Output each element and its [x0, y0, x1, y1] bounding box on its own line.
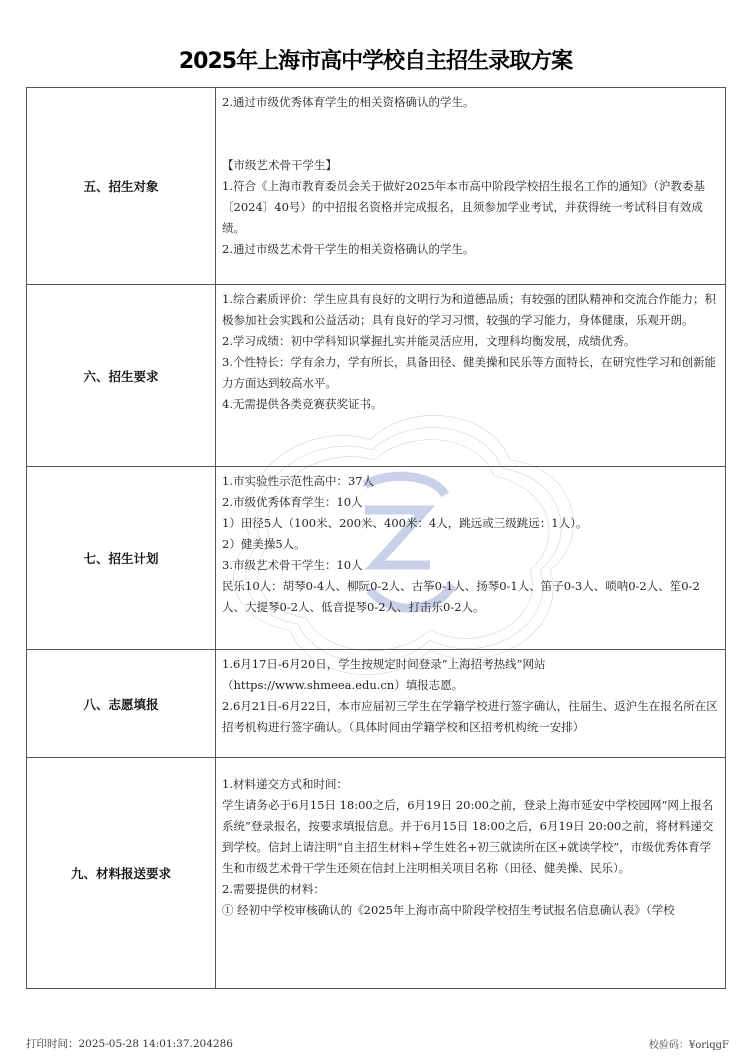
- content-line: 2.通过市级艺术骨干学生的相关资格确认的学生。: [222, 239, 719, 260]
- content-line: 1.6月17日-6月20日，学生按规定时间登录“上海招考热线”网站（https:…: [222, 654, 719, 696]
- section-content-materials: 1.材料递交方式和时间： 学生请务必于6月15日 18:00之后，6月19日 2…: [216, 758, 726, 989]
- table-row: 九、材料报送要求 1.材料递交方式和时间： 学生请务必于6月15日 18:00之…: [27, 758, 726, 989]
- content-line: 2.6月21日-6月22日，本市应届初三学生在学籍学校进行签字确认，往届生、返沪…: [222, 696, 719, 738]
- section-label-plan: 七、招生计划: [27, 467, 216, 650]
- print-time: 打印时间：2025-05-28 14:01:37.204286: [26, 1036, 233, 1051]
- content-line: 2.学习成绩：初中学科知识掌握扎实并能灵活应用，文理科均衡发展，成绩优秀。: [222, 331, 719, 352]
- section-label-targets: 五、招生对象: [27, 88, 216, 285]
- content-line: 2.需要提供的材料：: [222, 879, 719, 900]
- section-label-requirements: 六、招生要求: [27, 285, 216, 467]
- table-row: 八、志愿填报 1.6月17日-6月20日，学生按规定时间登录“上海招考热线”网站…: [27, 650, 726, 758]
- table-row: 六、招生要求 1.综合素质评价：学生应具有良好的文明行为和道德品质；有较强的团队…: [27, 285, 726, 467]
- content-line: 3.个性特长：学有余力，学有所长，具备田径、健美操和民乐等方面特长，在研究性学习…: [222, 352, 719, 394]
- content-line: 1）田径5人（100米、200米、400米：4人，跳远或三级跳远：1人）。: [222, 513, 719, 534]
- section-content-requirements: 1.综合素质评价：学生应具有良好的文明行为和道德品质；有较强的团队精神和交流合作…: [216, 285, 726, 467]
- section-content-application: 1.6月17日-6月20日，学生按规定时间登录“上海招考热线”网站（https:…: [216, 650, 726, 758]
- content-line: 学生请务必于6月15日 18:00之后，6月19日 20:00之前，登录上海市延…: [222, 795, 719, 879]
- check-code: 校验码：¥oriqgF: [649, 1036, 729, 1051]
- section-content-plan: 1.市实验性示范性高中：37人 2.市级优秀体育学生：10人 1）田径5人（10…: [216, 467, 726, 650]
- section-label-application: 八、志愿填报: [27, 650, 216, 758]
- content-line: 2.通过市级优秀体育学生的相关资格确认的学生。: [222, 92, 719, 113]
- content-line: 2）健美操5人。: [222, 534, 719, 555]
- content-line: 3.市级艺术骨干学生：10人: [222, 555, 719, 576]
- content-line: 4.无需提供各类竞赛获奖证书。: [222, 394, 719, 415]
- content-line: 民乐10人：胡琴0-4人、柳阮0-2人、古筝0-1人、扬琴0-1人、笛子0-3人…: [222, 576, 719, 618]
- admission-table: 五、招生对象 2.通过市级优秀体育学生的相关资格确认的学生。 【市级艺术骨干学生…: [26, 87, 726, 989]
- document-title: 2025年上海市高中学校自主招生录取方案: [0, 44, 751, 75]
- table-row: 七、招生计划 1.市实验性示范性高中：37人 2.市级优秀体育学生：10人 1）…: [27, 467, 726, 650]
- content-line: ① 经初中学校审核确认的《2025年上海市高中阶段学校招生考试报名信息确认表》（…: [222, 900, 719, 921]
- section-label-materials: 九、材料报送要求: [27, 758, 216, 989]
- content-line: 1.综合素质评价：学生应具有良好的文明行为和道德品质；有较强的团队精神和交流合作…: [222, 289, 719, 331]
- content-line: 1.材料递交方式和时间：: [222, 774, 719, 795]
- content-line: 【市级艺术骨干学生】: [222, 155, 719, 176]
- section-content-targets: 2.通过市级优秀体育学生的相关资格确认的学生。 【市级艺术骨干学生】 1.符合《…: [216, 88, 726, 285]
- table-row: 五、招生对象 2.通过市级优秀体育学生的相关资格确认的学生。 【市级艺术骨干学生…: [27, 88, 726, 285]
- content-line: 2.市级优秀体育学生：10人: [222, 492, 719, 513]
- content-line: 1.符合《上海市教育委员会关于做好2025年本市高中阶段学校招生报名工作的通知》…: [222, 176, 719, 239]
- content-line: 1.市实验性示范性高中：37人: [222, 471, 719, 492]
